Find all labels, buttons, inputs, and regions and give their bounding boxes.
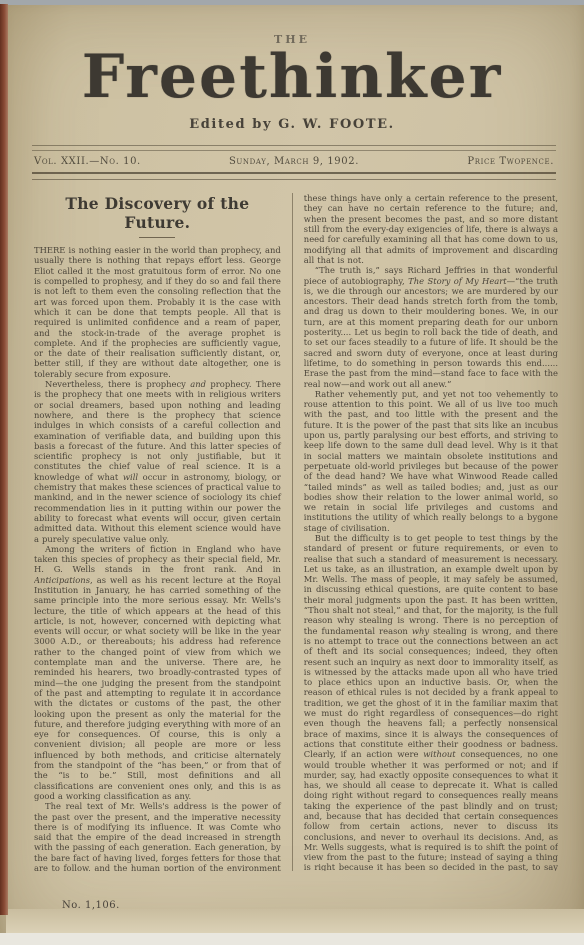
article-title: The Discovery of the Future. bbox=[34, 194, 281, 232]
scan-edge-bottom bbox=[0, 933, 584, 945]
double-rule-bottom bbox=[32, 172, 556, 180]
issue-date: Sunday, March 9, 1902. bbox=[207, 156, 380, 167]
double-rule-top bbox=[32, 145, 556, 151]
paper-title: Freethinker bbox=[0, 47, 584, 108]
article-paragraph: “The truth is,” says Richard Jeffries in… bbox=[304, 265, 558, 389]
book-spine-edge bbox=[0, 4, 8, 915]
price-label: Price Twopence. bbox=[381, 156, 554, 167]
page-bottom-edge bbox=[6, 909, 584, 933]
article-body: The Discovery of the Future. THERE is no… bbox=[34, 193, 558, 871]
issue-whole-number: No. 1,106. bbox=[62, 900, 120, 911]
article-paragraph: Among the writers of fiction in England … bbox=[34, 544, 281, 801]
scan-edge-top bbox=[0, 0, 584, 5]
article-paragraph: these things have only a certain referen… bbox=[304, 193, 558, 265]
article-paragraph: Rather vehemently put, and yet not too v… bbox=[304, 389, 558, 533]
title-divider bbox=[139, 237, 175, 238]
masthead: THE Freethinker Edited by G. W. FOOTE. bbox=[0, 0, 584, 132]
article-paragraph: THERE is nothing easier in the world tha… bbox=[34, 245, 281, 379]
edited-by-line: Edited by G. W. FOOTE. bbox=[0, 117, 584, 132]
newspaper-page: THE Freethinker Edited by G. W. FOOTE. V… bbox=[0, 0, 584, 945]
article-paragraph: But the difficulty is to get people to t… bbox=[304, 533, 558, 871]
right-column: these things have only a certain referen… bbox=[292, 193, 558, 871]
article-paragraph: Nevertheless, there is prophecy and prop… bbox=[34, 379, 281, 544]
dateline: Vol. XXII.—No. 10. Sunday, March 9, 1902… bbox=[34, 156, 554, 167]
article-paragraph: The real text of Mr. Wells's address is … bbox=[34, 801, 281, 871]
left-column: The Discovery of the Future. THERE is no… bbox=[34, 193, 292, 871]
masthead-the: THE bbox=[0, 33, 584, 46]
volume-number: Vol. XXII.—No. 10. bbox=[34, 156, 207, 167]
